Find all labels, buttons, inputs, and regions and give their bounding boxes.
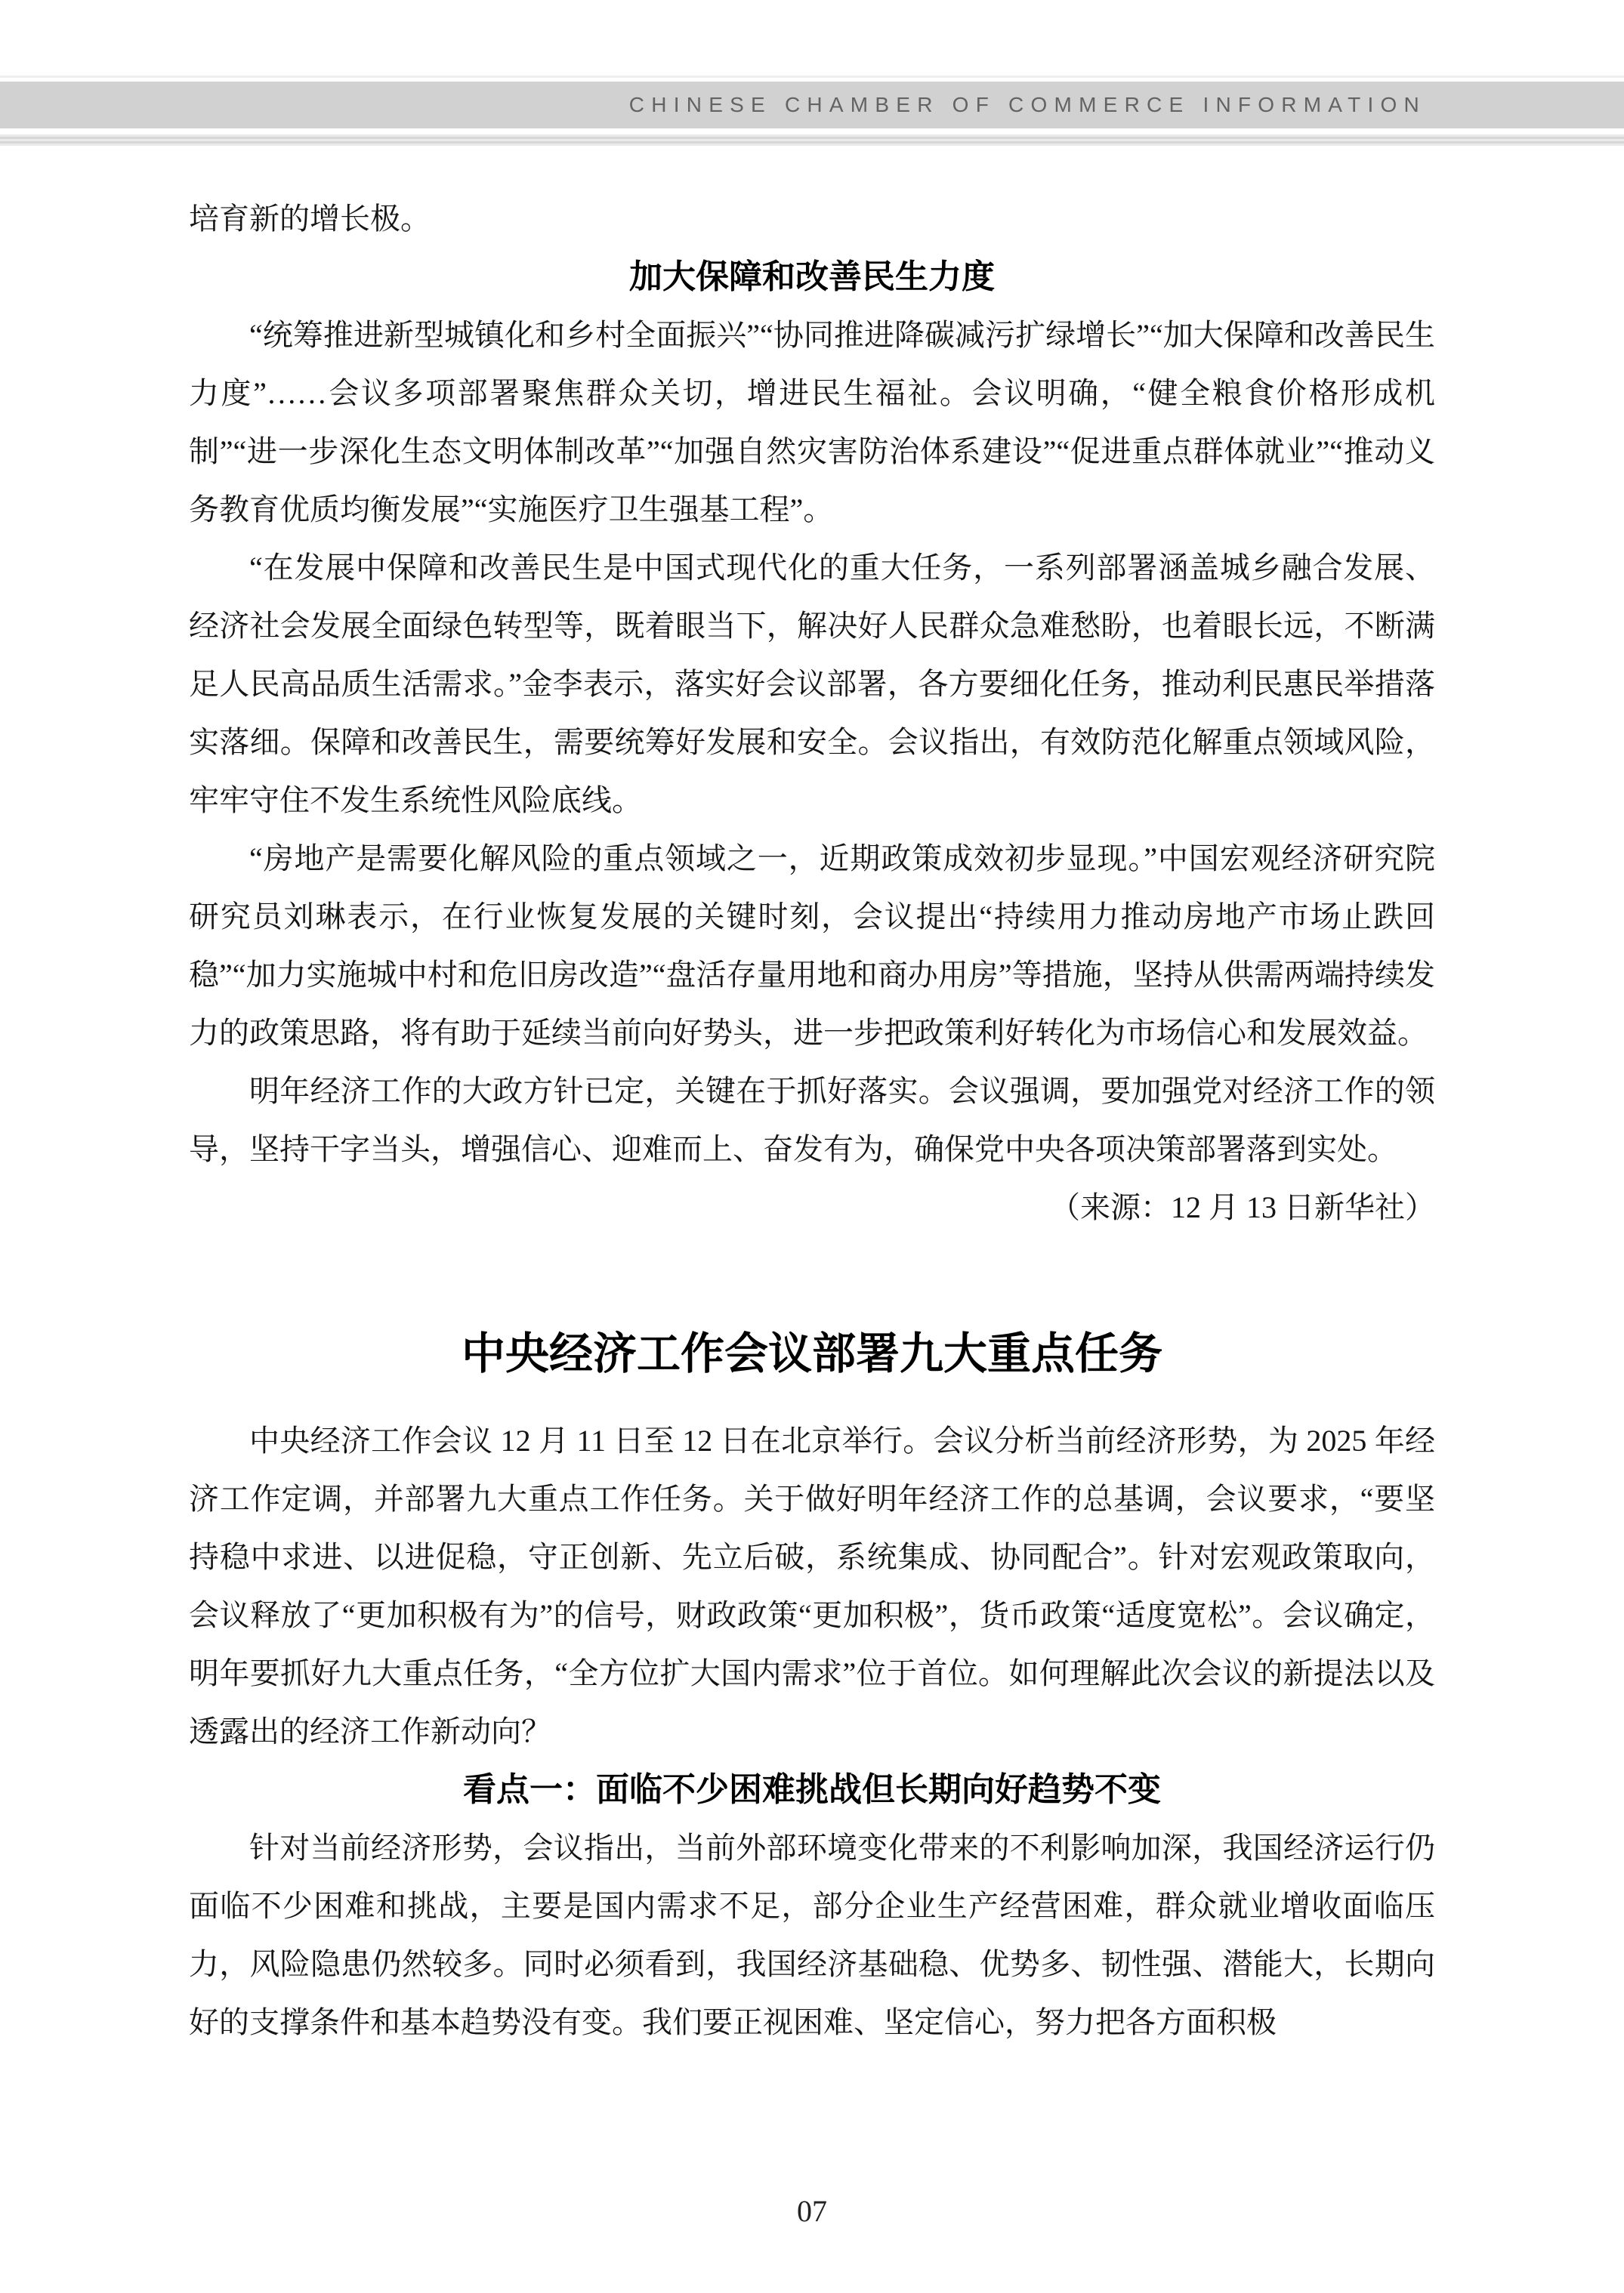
header-top-rule: [0, 76, 1624, 78]
source-credit: （来源：12 月 13 日新华社）: [189, 1178, 1435, 1236]
paragraph: “在发展中保障和改善民生是中国式现代化的重大任务，一系列部署涵盖城乡融合发展、经…: [189, 539, 1435, 829]
section-heading-livelihood: 加大保障和改善民生力度: [189, 248, 1435, 306]
section-heading-highlight-one: 看点一：面临不少困难挑战但长期向好趋势不变: [189, 1761, 1435, 1819]
paragraph-continued-from-previous-page: 培育新的增长极。: [189, 190, 1435, 248]
article-content: 培育新的增长极。 加大保障和改善民生力度 “统筹推进新型城镇化和乡村全面振兴”“…: [189, 190, 1435, 2051]
article-title: 中央经济工作会议部署九大重点任务: [189, 1319, 1435, 1389]
paragraph: 明年经济工作的大政方针已定，关键在于抓好落实。会议强调，要加强党对经济工作的领导…: [189, 1062, 1435, 1178]
paragraph: “统筹推进新型城镇化和乡村全面振兴”“协同推进降碳减污扩绿增长”“加大保障和改善…: [189, 306, 1435, 539]
document-page: CHINESE CHAMBER OF COMMERCE INFORMATION …: [0, 0, 1624, 2293]
header-divider-strip: [0, 134, 1624, 146]
header-title: CHINESE CHAMBER OF COMMERCE INFORMATION: [629, 93, 1426, 117]
header-band: CHINESE CHAMBER OF COMMERCE INFORMATION: [0, 82, 1624, 128]
paragraph: 针对当前经济形势，会议指出，当前外部环境变化带来的不利影响加深，我国经济运行仍面…: [189, 1819, 1435, 2051]
paragraph: 中央经济工作会议 12 月 11 日至 12 日在北京举行。会议分析当前经济形势…: [189, 1412, 1435, 1761]
page-number: 07: [0, 2190, 1624, 2232]
paragraph: “房地产是需要化解风险的重点领域之一，近期政策成效初步显现。”中国宏观经济研究院…: [189, 829, 1435, 1062]
